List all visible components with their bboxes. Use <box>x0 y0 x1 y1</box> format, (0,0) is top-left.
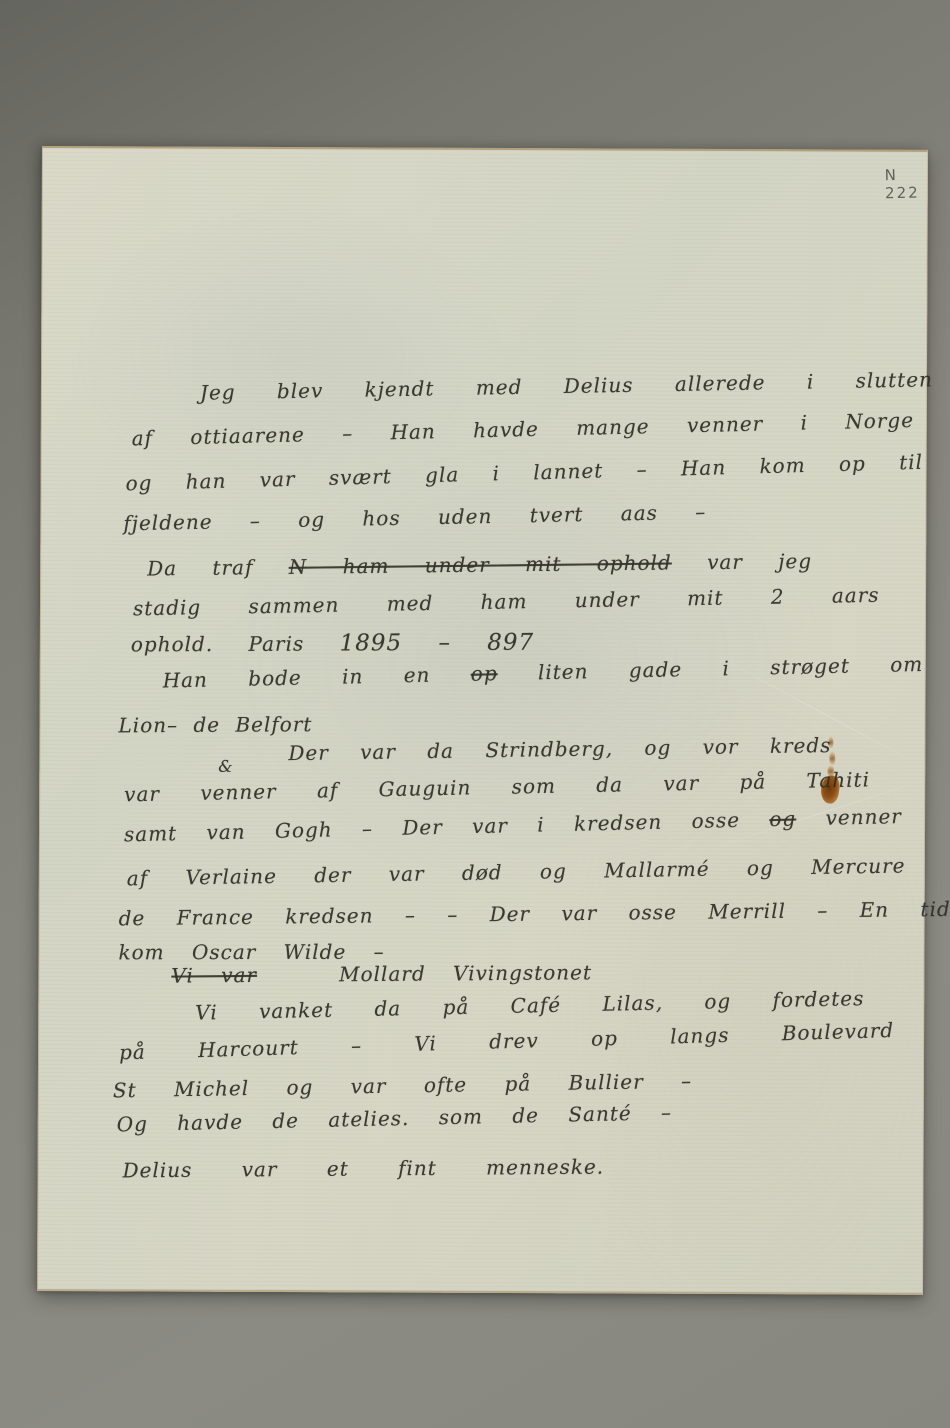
manuscript-line: fjeldene – og hos uden tvert aas – <box>123 500 706 536</box>
manuscript-line: ophold. Paris 1895 – 897 <box>131 630 534 658</box>
manuscript-line: de France kredsen – – Der var osse Merri… <box>118 897 950 930</box>
manuscript-line: kom Oscar Wilde – <box>118 940 384 965</box>
manuscript-line: Lion– de Belfort <box>118 712 312 737</box>
handwriting-segment: venner <box>796 804 902 830</box>
manuscript-line: var venner af Gauguin som da var på Tahi… <box>124 767 870 806</box>
handwriting-segment: fjeldene – og hos uden tvert aas – <box>123 500 706 536</box>
handwriting-segment: og han var svært gla i lannet – Han kom … <box>125 450 923 496</box>
photo-backdrop: N 222 Jeg blev kjendt med Delius allered… <box>0 0 950 1428</box>
manuscript-line: Delius var et fint menneske. <box>122 1155 604 1183</box>
manuscript-line: af Verlaine der var død og Mallarmé og M… <box>127 853 906 890</box>
manuscript-line: stadig sammen med ham under mit 2 aars <box>133 583 880 621</box>
handwriting-segment: på Harcourt – Vi drev op langs Boulevard <box>119 1018 895 1064</box>
handwriting-segment: Mollard Vivingstonet <box>257 960 592 987</box>
handwriting-segment: 1895 – 897 <box>340 630 535 657</box>
handwriting-segment: var venner af Gauguin som da var på Tahi… <box>124 767 870 806</box>
strikethrough-segment: Vi var <box>171 963 257 988</box>
manuscript-line: samt van Gogh – Der var i kredsen osse o… <box>124 804 902 846</box>
manuscript-line: på Harcourt – Vi drev op langs Boulevard <box>119 1018 895 1064</box>
manuscript-line: Jeg blev kjendt med Delius allerede i sl… <box>200 367 933 404</box>
handwriting-segment: & <box>218 757 233 776</box>
handwriting-segment: Lion– de Belfort <box>118 712 312 737</box>
handwriting-segment: Delius var et fint menneske. <box>122 1155 604 1183</box>
handwriting-segment: ophold. Paris <box>131 631 340 656</box>
strikethrough-segment: N ham under mit ophold <box>289 551 672 579</box>
archive-number-label: N 222 <box>884 165 927 202</box>
handwriting-segment: liten gade i strøget om <box>497 652 923 685</box>
handwriting-segment: de France kredsen – – Der var osse Merri… <box>118 897 950 930</box>
handwriting-segment: var jeg <box>672 549 813 575</box>
manuscript-line: Og havde de atelies. som de Santé – <box>116 1100 672 1136</box>
handwriting-segment: St Michel og var ofte på Bullier – <box>113 1069 693 1103</box>
manuscript-line: Han bode in en op liten gade i strøget o… <box>162 652 923 693</box>
manuscript-line: af ottiaarene – Han havde mange venner i… <box>131 408 914 450</box>
handwriting-segment: Vi vanket da på Café Lilas, og fordetes <box>195 986 865 1025</box>
handwriting-segment: af ottiaarene – Han havde mange venner i… <box>131 408 914 450</box>
manuscript-line: St Michel og var ofte på Bullier – <box>113 1069 693 1103</box>
manuscript-line: og han var svært gla i lannet – Han kom … <box>125 450 923 496</box>
handwriting-segment: Han bode in en <box>162 662 471 693</box>
handwriting-segment: af Verlaine der var død og Mallarmé og M… <box>127 853 906 890</box>
strikethrough-segment: og <box>769 807 796 832</box>
manuscript-line: & <box>218 757 233 776</box>
handwriting-segment: Og havde de atelies. som de Santé – <box>116 1100 672 1136</box>
strikethrough-segment: op <box>470 661 497 686</box>
manuscript-line: Vi var Mollard Vivingstonet <box>171 960 592 987</box>
handwriting-segment: kom Oscar Wilde – <box>118 940 384 965</box>
manuscript-line: Da traf N ham under mit ophold var jeg <box>147 549 812 581</box>
manuscript-page: N 222 Jeg blev kjendt med Delius allered… <box>37 146 928 1295</box>
manuscript-line: Vi vanket da på Café Lilas, og fordetes <box>195 986 865 1025</box>
handwriting-segment: Der var da Strindberg, og vor kreds <box>288 733 831 765</box>
handwriting-segment: stadig sammen med ham under mit 2 aars <box>133 583 880 621</box>
handwriting-segment: Jeg blev kjendt med Delius allerede i sl… <box>200 367 933 404</box>
handwriting-segment: Da traf <box>147 555 289 581</box>
handwriting-segment: samt van Gogh – Der var i kredsen osse <box>124 807 770 846</box>
manuscript-line: Der var da Strindberg, og vor kreds <box>288 733 831 765</box>
